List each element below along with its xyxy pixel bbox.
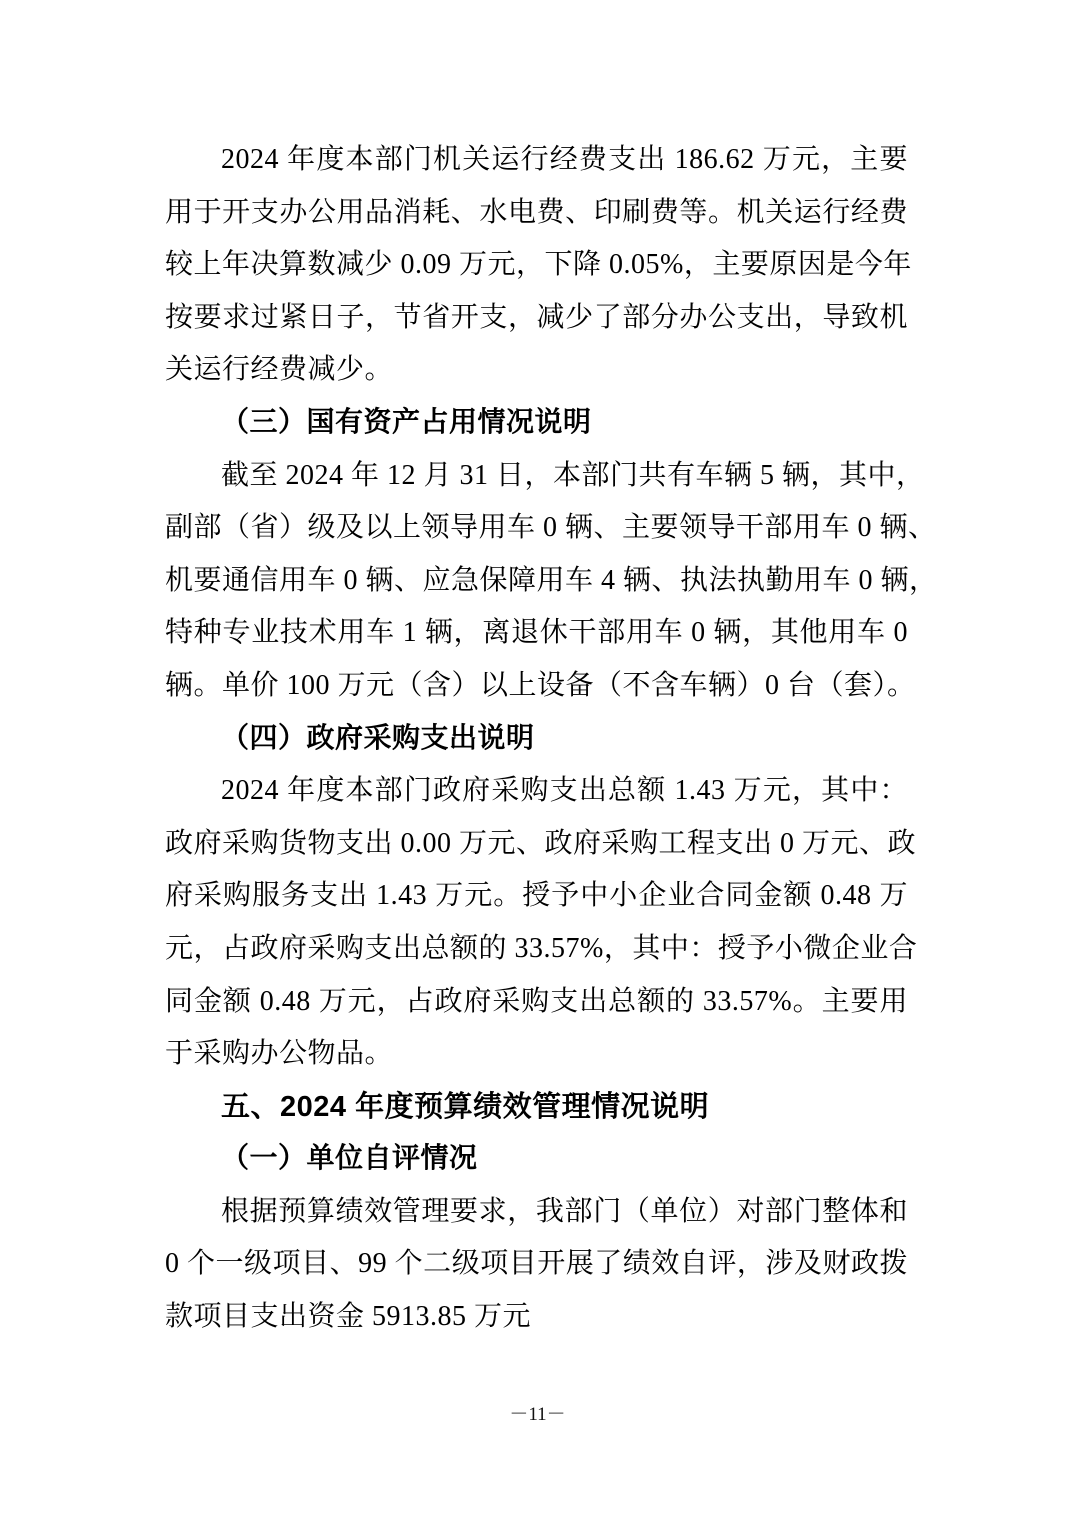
paragraph-line: 根据预算绩效管理要求，我部门（单位）对部门整体和 [165, 1186, 908, 1239]
paragraph-line: 按要求过紧日子，节省开支，减少了部分办公支出，导致机 [165, 292, 908, 345]
paragraph-line: 于采购办公物品。 [165, 1028, 908, 1081]
chapter-heading-performance-management: 五、2024 年度预算绩效管理情况说明 [165, 1081, 908, 1134]
paragraph-line: 政府采购货物支出 0.00 万元、政府采购工程支出 0 万元、政 [165, 818, 908, 871]
paragraph-line: 辆。单价 100 万元（含）以上设备（不含车辆）0 台（套）。 [165, 660, 908, 713]
paragraph-line: 截至 2024 年 12 月 31 日，本部门共有车辆 5 辆，其中， [165, 450, 908, 503]
document-page: 2024 年度本部门机关运行经费支出 186.62 万元，主要 用于开支办公用品… [0, 0, 1075, 1520]
paragraph-line: 元，占政府采购支出总额的 33.57%，其中：授予小微企业合 [165, 923, 908, 976]
paragraph-line: 府采购服务支出 1.43 万元。授予中小企业合同金额 0.48 万 [165, 870, 908, 923]
section-heading-state-assets: （三）国有资产占用情况说明 [165, 397, 908, 450]
paragraph-line: 关运行经费减少。 [165, 344, 908, 397]
section-heading-gov-procurement: （四）政府采购支出说明 [165, 713, 908, 766]
paragraph-line: 2024 年度本部门政府采购支出总额 1.43 万元，其中： [165, 765, 908, 818]
paragraph-line: 机要通信用车 0 辆、应急保障用车 4 辆、执法执勤用车 0 辆， [165, 555, 908, 608]
document-body: 2024 年度本部门机关运行经费支出 186.62 万元，主要 用于开支办公用品… [165, 134, 908, 1344]
paragraph-line: 2024 年度本部门机关运行经费支出 186.62 万元，主要 [165, 134, 908, 187]
paragraph-line: 较上年决算数减少 0.09 万元，下降 0.05%，主要原因是今年 [165, 239, 908, 292]
paragraph-line: 特种专业技术用车 1 辆，离退休干部用车 0 辆，其他用车 0 [165, 607, 908, 660]
paragraph-line: 款项目支出资金 5913.85 万元 [165, 1291, 908, 1344]
section-heading-self-evaluation: （一）单位自评情况 [165, 1133, 908, 1186]
paragraph-line: 副部（省）级及以上领导用车 0 辆、主要领导干部用车 0 辆、 [165, 502, 908, 555]
paragraph-line: 用于开支办公用品消耗、水电费、印刷费等。机关运行经费 [165, 187, 908, 240]
paragraph-line: 同金额 0.48 万元，占政府采购支出总额的 33.57%。主要用 [165, 976, 908, 1029]
paragraph-line: 0 个一级项目、99 个二级项目开展了绩效自评，涉及财政拨 [165, 1238, 908, 1291]
page-number: －11－ [0, 1400, 1075, 1430]
